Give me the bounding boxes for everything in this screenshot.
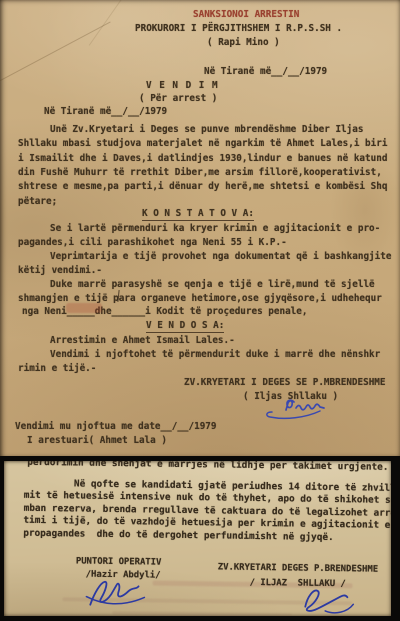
footer-notified-line: Vendimi mu njoftua me date__/__/1979: [15, 421, 217, 432]
konstatova-line: këtij vendimi.-: [18, 265, 102, 276]
header-sanction-line: SANKSIONOI ARRESTIN: [193, 9, 299, 20]
document-subtitle: ( Për arrest ): [139, 93, 217, 104]
konstatova-heading: K O N S T A T O V A:: [142, 208, 254, 221]
konstatova-line: Duke marrë parasyshë se qenja e tijë e l…: [50, 279, 375, 290]
second-page-fragment: përdorimin dhe shenjat e marrjes në lidh…: [4, 461, 391, 616]
bleed-through-text: [62, 597, 352, 605]
document-title: V E N D I M: [146, 80, 219, 91]
paper-crease: [89, 0, 141, 46]
footer-arrested-line: I arestuari( Ahmet Lala ): [27, 435, 167, 446]
bleed-through-text: [112, 611, 292, 616]
operative-name: /Hazir Abdyli/: [86, 570, 161, 582]
warrant-page: SANKSIONOI ARRESTIN PROKURORI I PËRGJITH…: [0, 0, 400, 456]
fragment-content: përdorimin dhe shenjat e marrjes në lidh…: [4, 461, 391, 616]
vendosa-heading: V E N D O S A:: [146, 320, 224, 333]
deputy-chief-title: ZV.KRYETARI I DEGES SE P.MBRENDESHME: [184, 377, 386, 388]
deputy-chief-name-2: / ILJAZ SHLLAKU /: [250, 578, 346, 590]
body-line: propagandes dhe do të dergohet perfundim…: [23, 527, 334, 542]
paper-crease: [0, 22, 111, 84]
intro-line: shtrese e mesme,pa parti,i dënuar dy her…: [18, 181, 387, 192]
konstatova-line: Veprimtarija e tijë provohet nga dokumen…: [50, 251, 391, 262]
clipped-line: përdorimin dhe shenjat e marrjes në lidh…: [27, 461, 388, 473]
vendosa-line: rimin e tijë.-: [18, 363, 96, 374]
konstatova-line: Se i lartë përmenduri ka kryer krimin e …: [50, 223, 380, 234]
header-prosecutor-line: PROKURORI I PËRGJITHSHEM I R.P.S.SH .: [135, 23, 342, 34]
intro-line: pëtare;: [18, 196, 57, 207]
signature-hazir-abdyli: [78, 576, 158, 613]
konstatova-line: nga Neni_____dhe______i Kodit të proçedu…: [22, 306, 307, 317]
vendosa-line: Arrestimin e Ahmet Ismail Lales.-: [50, 335, 235, 346]
date-line-left: Në Tiranë më__/__/1979: [44, 106, 167, 117]
intro-line: Unë Zv.Kryetari i Deges se punve mbrendë…: [50, 124, 363, 135]
konstatova-line: shmangjen e tijë para organeve hetimore,…: [18, 293, 382, 304]
scanned-arrest-warrant: { "colors": { "background": "#0a0908", "…: [0, 0, 400, 621]
intro-line: Shllaku mbasi studjova materjalet në nga…: [18, 138, 387, 149]
date-line-right: Në Tiranë më__/__/1979: [204, 66, 327, 77]
intro-line: i Ismailit dhe i Daves,i datlindjes 1930…: [18, 153, 387, 164]
intro-line: din Fushë Muhurr të rrethit Diber,me ars…: [18, 167, 382, 178]
deputy-chief-name: ( Iljas Shllaku ): [243, 391, 338, 402]
vendosa-line: Vendimi i njoftohet të përmendurit duke …: [50, 349, 380, 360]
deputy-chief-title-2: ZV.KRYETARI DEGES P.BRENDESHME: [218, 562, 378, 575]
header-prosecutor-name: ( Rapi Mino ): [207, 37, 280, 48]
konstatova-line: pagandes,i cili parashikohet nga Neni 55…: [18, 237, 287, 248]
operative-title: PUNTORI OPERATIV: [76, 556, 162, 568]
